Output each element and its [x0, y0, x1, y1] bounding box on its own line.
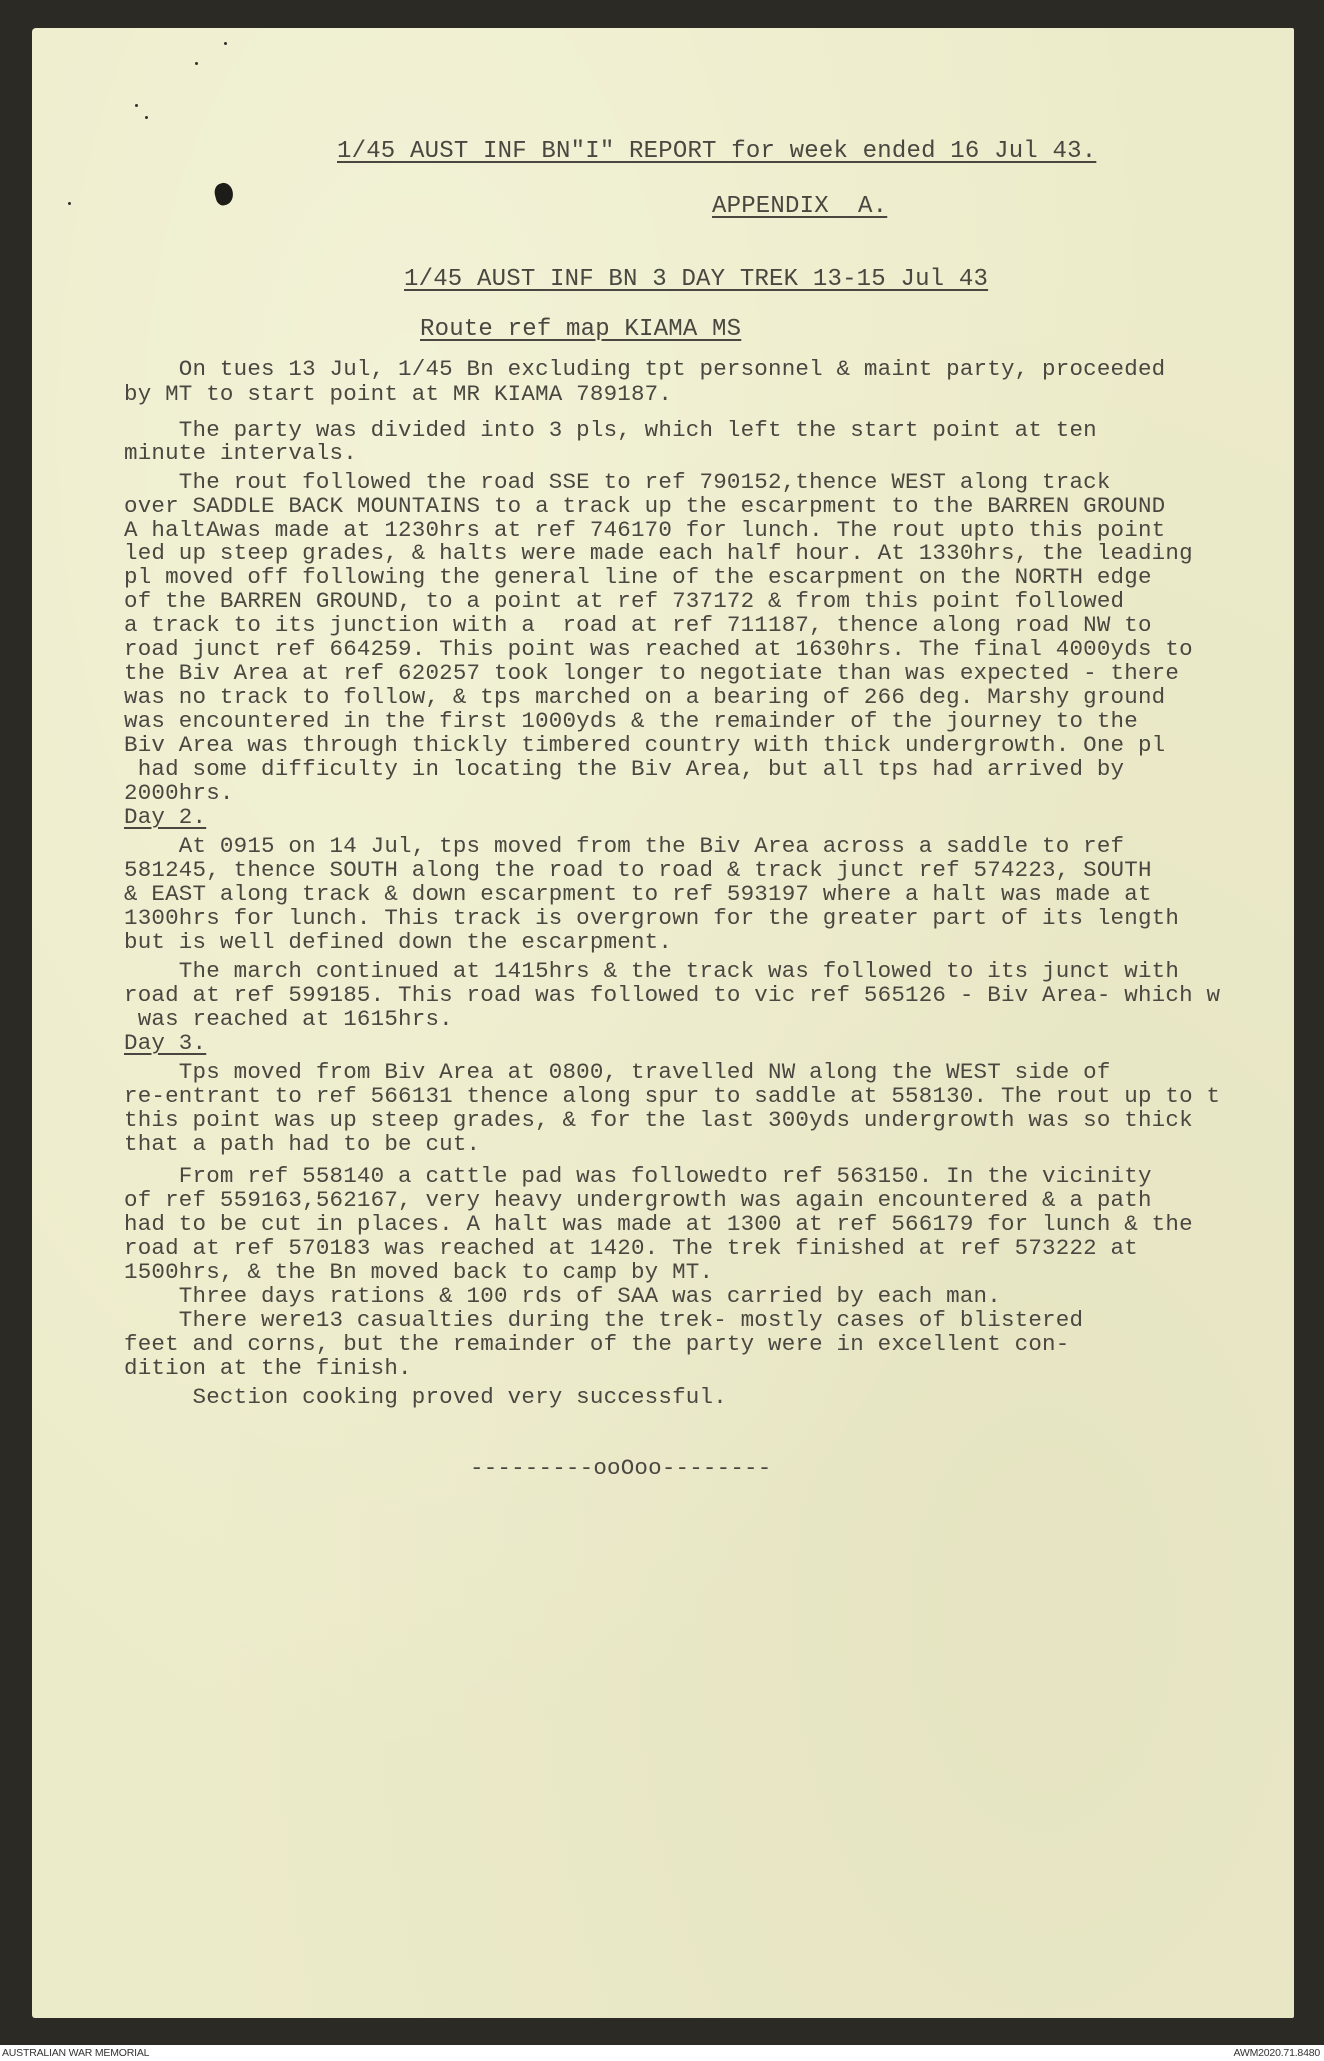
body-line: 1500hrs, & the Bn moved back to camp by …: [124, 1260, 713, 1284]
paper-speck: [145, 116, 148, 119]
body-line: the Biv Area at ref 620257 took longer t…: [124, 661, 1179, 685]
route-reference: Route ref map KIAMA MS: [420, 318, 741, 342]
body-line: over SADDLE BACK MOUNTAINS to a track up…: [124, 494, 1165, 518]
appendix-label: APPENDIX A.: [712, 195, 887, 219]
punch-hole: [212, 181, 235, 207]
body-line: was no track to follow, & tps marched on…: [124, 685, 1165, 709]
body-line: this point was up steep grades, & for th…: [124, 1108, 1193, 1132]
report-title: 1/45 AUST INF BN"I" REPORT for week ende…: [337, 140, 1096, 164]
paper-speck: [195, 62, 198, 65]
body-line: Section cooking proved very successful.: [124, 1385, 727, 1409]
body-line: by MT to start point at MR KIAMA 789187.: [124, 382, 672, 406]
body-line: of ref 559163,562167, very heavy undergr…: [124, 1188, 1152, 1212]
institution-credit: AUSTRALIAN WAR MEMORIAL: [2, 2047, 149, 2059]
accession-number: AWM2020.71.8480: [1233, 2047, 1320, 2059]
body-line: From ref 558140 a cattle pad was followe…: [124, 1164, 1152, 1188]
day-3-heading: Day 3.: [124, 1031, 206, 1055]
paper-speck: [135, 104, 138, 107]
body-line: had some difficulty in locating the Biv …: [124, 757, 1124, 781]
body-line: was encountered in the first 1000yds & t…: [124, 709, 1138, 733]
body-line: Biv Area was through thickly timbered co…: [124, 733, 1165, 757]
body-line: The party was divided into 3 pls, which …: [124, 418, 1097, 442]
body-line: There were13 casualties during the trek-…: [124, 1308, 1083, 1332]
body-line: pl moved off following the general line …: [124, 565, 1152, 589]
body-line: & EAST along track & down escarpment to …: [124, 882, 1152, 906]
body-line: road at ref 599185. This road was follow…: [124, 983, 1220, 1007]
body-line: 1300hrs for lunch. This track is overgro…: [124, 906, 1179, 930]
paper-speck: [224, 42, 227, 45]
body-line: but is well defined down the escarpment.: [124, 930, 672, 954]
body-line: The march continued at 1415hrs & the tra…: [124, 959, 1179, 983]
day-2-heading: Day 2.: [124, 805, 206, 829]
body-line: Three days rations & 100 rds of SAA was …: [124, 1284, 1001, 1308]
body-line: was reached at 1615hrs.: [124, 1007, 453, 1031]
body-line: road at ref 570183 was reached at 1420. …: [124, 1236, 1138, 1260]
body-line: Tps moved from Biv Area at 0800, travell…: [124, 1060, 1111, 1084]
body-line: had to be cut in places. A halt was made…: [124, 1212, 1193, 1236]
body-line: At 0915 on 14 Jul, tps moved from the Bi…: [124, 834, 1124, 858]
trek-title: 1/45 AUST INF BN 3 DAY TREK 13-15 Jul 43: [404, 268, 988, 292]
body-line: On tues 13 Jul, 1/45 Bn excluding tpt pe…: [124, 357, 1165, 381]
body-line: dition at the finish.: [124, 1356, 412, 1380]
paper-speck: [68, 202, 71, 205]
body-line: that a path had to be cut.: [124, 1132, 480, 1156]
body-line: re-entrant to ref 566131 thence along sp…: [124, 1084, 1220, 1108]
body-line: The rout followed the road SSE to ref 79…: [124, 470, 1111, 494]
end-of-document-mark: ---------ooOoo--------: [470, 1456, 771, 1480]
body-line: led up steep grades, & halts were made e…: [124, 541, 1193, 565]
body-line: minute intervals.: [124, 441, 357, 465]
body-line: of the BARREN GROUND, to a point at ref …: [124, 589, 1124, 613]
body-line: 581245, thence SOUTH along the road to r…: [124, 858, 1152, 882]
body-line: a track to its junction with a road at r…: [124, 613, 1152, 637]
body-line: feet and corns, but the remainder of the…: [124, 1332, 1069, 1356]
body-line: road junct ref 664259. This point was re…: [124, 637, 1193, 661]
body-line: A haltAwas made at 1230hrs at ref 746170…: [124, 518, 1165, 542]
body-line: 2000hrs.: [124, 781, 234, 805]
